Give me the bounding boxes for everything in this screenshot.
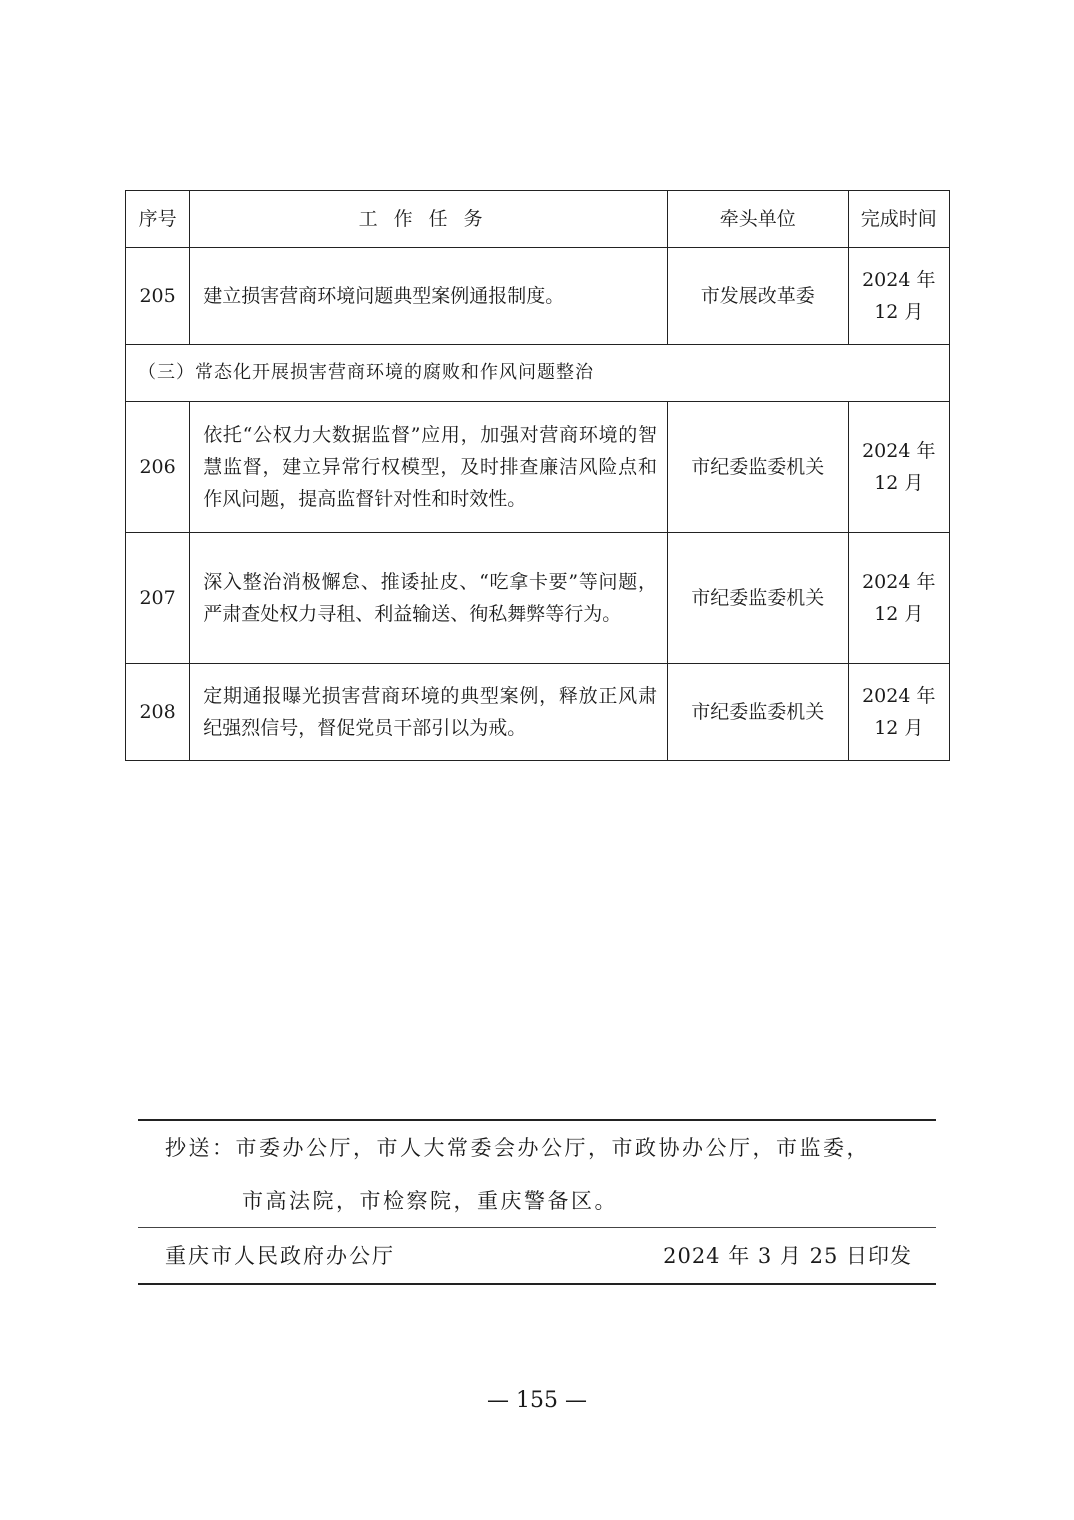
header-time: 完成时间 [848,191,949,248]
row-task: 建立损害营商环境问题典型案例通报制度。 [190,248,668,345]
row-num: 207 [126,533,190,664]
task-table: 序号 工作任务 牵头单位 完成时间 205 建立损害营商环境问题典型案例通报制度… [125,190,950,761]
header-num: 序号 [126,191,190,248]
row-unit: 市发展改革委 [667,248,848,345]
row-time: 2024 年 12 月 [848,402,949,533]
time-month: 12 月 [849,296,949,328]
row-unit: 市纪委监委机关 [667,533,848,664]
header-unit: 牵头单位 [667,191,848,248]
header-task: 工作任务 [190,191,668,248]
table-row: 207 深入整治消极懈怠、推诿扯皮、“吃拿卡要”等问题，严肃查处权力寻租、利益输… [126,533,950,664]
row-time: 2024 年 12 月 [848,664,949,761]
page-number: — 155 — [0,1388,1074,1413]
table-header-row: 序号 工作任务 牵头单位 完成时间 [126,191,950,248]
time-month: 12 月 [849,598,949,630]
row-unit: 市纪委监委机关 [667,664,848,761]
row-time: 2024 年 12 月 [848,248,949,345]
section-heading: （三）常态化开展损害营商环境的腐败和作风问题整治 [126,345,950,402]
time-year: 2024 年 [849,435,949,467]
cc-recipients-line1: 抄送：市委办公厅，市人大常委会办公厅，市政协办公厅，市监委， [165,1132,870,1162]
row-unit: 市纪委监委机关 [667,402,848,533]
cc-recipients-line2: 市高法院，市检察院，重庆警备区。 [242,1185,618,1215]
row-num: 206 [126,402,190,533]
footer-middle-rule [138,1227,936,1228]
table-row: 205 建立损害营商环境问题典型案例通报制度。 市发展改革委 2024 年 12… [126,248,950,345]
time-month: 12 月 [849,467,949,499]
issuing-office: 重庆市人民政府办公厅 [165,1240,395,1270]
row-task: 定期通报曝光损害营商环境的典型案例，释放正风肃纪强烈信号，督促党员干部引以为戒。 [190,664,668,761]
row-task: 依托“公权力大数据监督”应用，加强对营商环境的智慧监督，建立异常行权模型，及时排… [190,402,668,533]
row-time: 2024 年 12 月 [848,533,949,664]
issue-date: 2024 年 3 月 25 日印发 [663,1240,912,1270]
time-year: 2024 年 [849,566,949,598]
footer-top-rule [138,1119,936,1121]
table-row: 208 定期通报曝光损害营商环境的典型案例，释放正风肃纪强烈信号，督促党员干部引… [126,664,950,761]
footer-bottom-rule [138,1283,936,1285]
table-row: 206 依托“公权力大数据监督”应用，加强对营商环境的智慧监督，建立异常行权模型… [126,402,950,533]
row-num: 208 [126,664,190,761]
section-heading-row: （三）常态化开展损害营商环境的腐败和作风问题整治 [126,345,950,402]
row-task: 深入整治消极懈怠、推诿扯皮、“吃拿卡要”等问题，严肃查处权力寻租、利益输送、徇私… [190,533,668,664]
time-year: 2024 年 [849,264,949,296]
time-month: 12 月 [849,712,949,744]
time-year: 2024 年 [849,680,949,712]
row-num: 205 [126,248,190,345]
